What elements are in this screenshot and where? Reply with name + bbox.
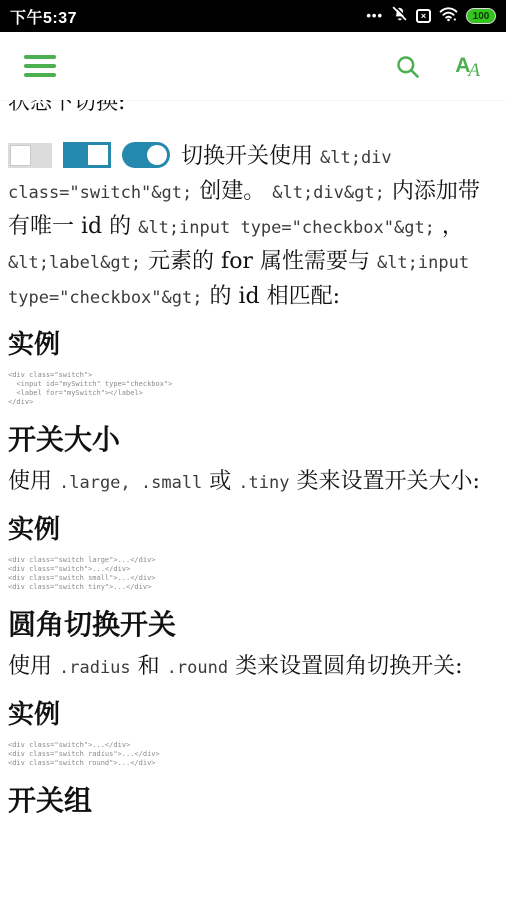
- battery-indicator: 100: [466, 8, 496, 24]
- overflow-dots-icon: •••: [366, 11, 383, 21]
- switch-knob: [147, 145, 167, 165]
- code-block-radius: <div class="switch">...</div> <div class…: [8, 741, 490, 768]
- text-run: ，: [435, 214, 464, 239]
- menu-icon[interactable]: [24, 55, 56, 77]
- text-run: 创建。: [192, 179, 272, 204]
- text-run: 使用: [8, 469, 59, 494]
- example-heading: 实例: [8, 514, 490, 546]
- code-run: &lt;label&gt;: [8, 253, 141, 273]
- intro-paragraph: 切换开关使用 &lt;div class="switch"&gt; 创建。 &l…: [8, 140, 490, 315]
- section-heading-switch-group: 开关组: [8, 784, 490, 818]
- text-run: 使用: [8, 654, 59, 679]
- no-sim-icon: ×: [416, 9, 431, 23]
- wifi-icon: [439, 6, 458, 27]
- section-heading-switch-size: 开关大小: [8, 423, 490, 457]
- content-scroll[interactable]: 状态下切换: 切换开关使用 &lt;div class="switch"&gt;…: [0, 88, 506, 818]
- section-heading-round-switch: 圆角切换开关: [8, 608, 490, 642]
- example-heading: 实例: [8, 699, 490, 731]
- example-heading: 实例: [8, 329, 490, 361]
- clock: 下午5:37: [10, 5, 77, 28]
- status-bar: 下午5:37 ••• × 100: [0, 0, 506, 32]
- font-size-icon[interactable]: AA: [455, 54, 482, 78]
- text-run: 切换开关使用: [181, 144, 320, 169]
- code-run: .round: [167, 658, 228, 678]
- text-run: 的 id 相匹配:: [202, 284, 340, 309]
- code-run: .large, .small: [59, 473, 202, 493]
- switch-demo-on-round[interactable]: [122, 142, 170, 168]
- switch-demo-on-square[interactable]: [63, 142, 111, 168]
- search-icon[interactable]: [394, 53, 421, 80]
- code-run: &lt;div&gt;: [272, 183, 385, 203]
- switch-demo-off[interactable]: [8, 143, 52, 168]
- switch-knob: [10, 145, 31, 166]
- code-block-switch: <div class="switch"> <input id="mySwitch…: [8, 371, 490, 407]
- code-run: .tiny: [238, 473, 289, 493]
- app-bar: AA: [0, 32, 506, 100]
- text-run: 类来设置开关大小:: [289, 469, 479, 494]
- text-run: 或: [202, 469, 238, 494]
- code-run: .radius: [59, 658, 131, 678]
- mute-bell-icon: [391, 5, 408, 27]
- code-run: &lt;input type="checkbox"&gt;: [138, 218, 435, 238]
- text-run: 和: [131, 654, 167, 679]
- size-paragraph: 使用 .large, .small 或 .tiny 类来设置开关大小:: [8, 465, 490, 500]
- code-block-sizes: <div class="switch large">...</div> <div…: [8, 556, 490, 592]
- text-run: 元素的 for 属性需要与: [141, 249, 377, 274]
- radius-paragraph: 使用 .radius 和 .round 类来设置圆角切换开关:: [8, 650, 490, 685]
- text-run: 类来设置圆角切换开关:: [228, 654, 462, 679]
- switch-knob: [88, 145, 108, 165]
